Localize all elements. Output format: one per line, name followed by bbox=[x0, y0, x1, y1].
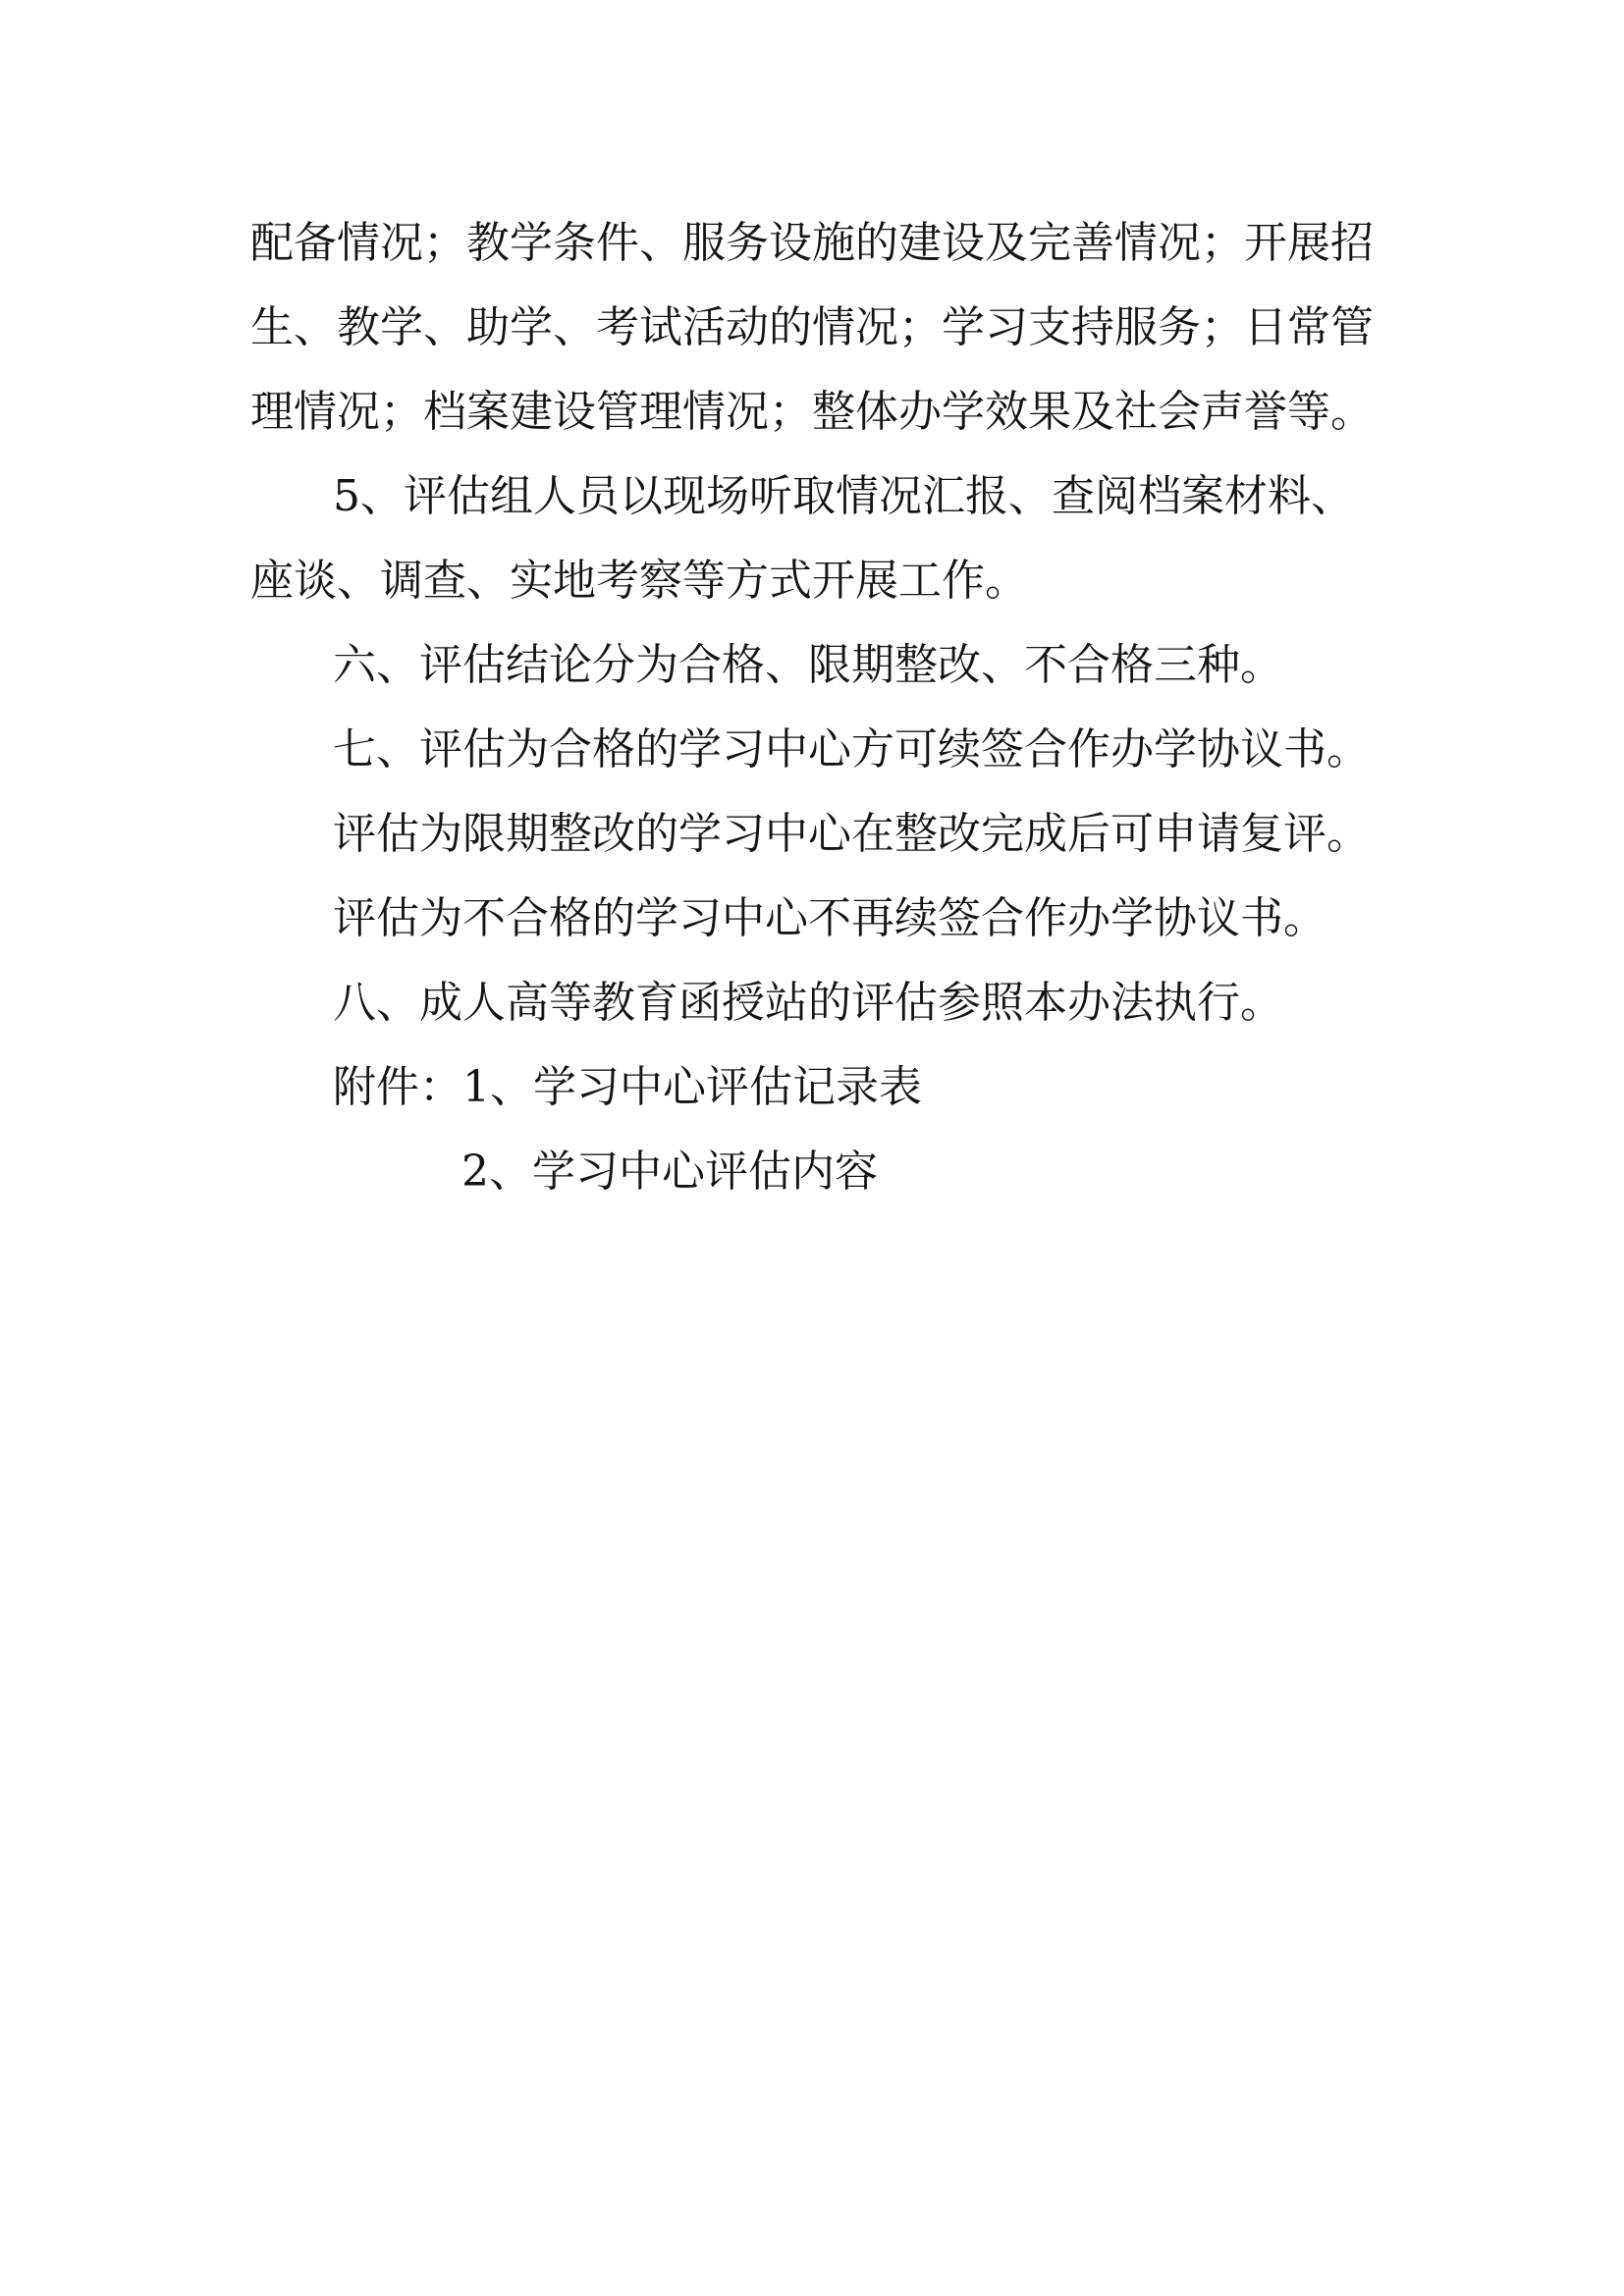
text-line: 六、评估结论分为合格、限期整改、不合格三种。 bbox=[250, 623, 1380, 708]
text-line: 八、成人高等教育函授站的评估参照本办法执行。 bbox=[250, 961, 1380, 1045]
text-line: 配备情况；教学条件、服务设施的建设及完善情况；开展招 bbox=[250, 201, 1380, 286]
text-line: 座谈、调查、实地考察等方式开展工作。 bbox=[250, 539, 1380, 623]
text-line: 评估为限期整改的学习中心在整改完成后可申请复评。 bbox=[250, 792, 1380, 877]
text-line: 附件：1、学习中心评估记录表 bbox=[250, 1045, 1380, 1130]
text-line: 5、评估组人员以现场听取情况汇报、查阅档案材料、 bbox=[250, 454, 1380, 539]
text-line: 理情况；档案建设管理情况；整体办学效果及社会声誉等。 bbox=[250, 370, 1380, 454]
text-line: 生、教学、助学、考试活动的情况；学习支持服务；日常管 bbox=[250, 286, 1380, 370]
text-line: 七、评估为合格的学习中心方可续签合作办学协议书。 bbox=[250, 708, 1380, 792]
document-text-block: 配备情况；教学条件、服务设施的建设及完善情况；开展招 生、教学、助学、考试活动的… bbox=[250, 201, 1380, 1214]
text-line: 评估为不合格的学习中心不再续签合作办学协议书。 bbox=[250, 877, 1380, 961]
text-line: 2、学习中心评估内容 bbox=[250, 1130, 1380, 1214]
document-page: 配备情况；教学条件、服务设施的建设及完善情况；开展招 生、教学、助学、考试活动的… bbox=[0, 0, 1624, 2296]
